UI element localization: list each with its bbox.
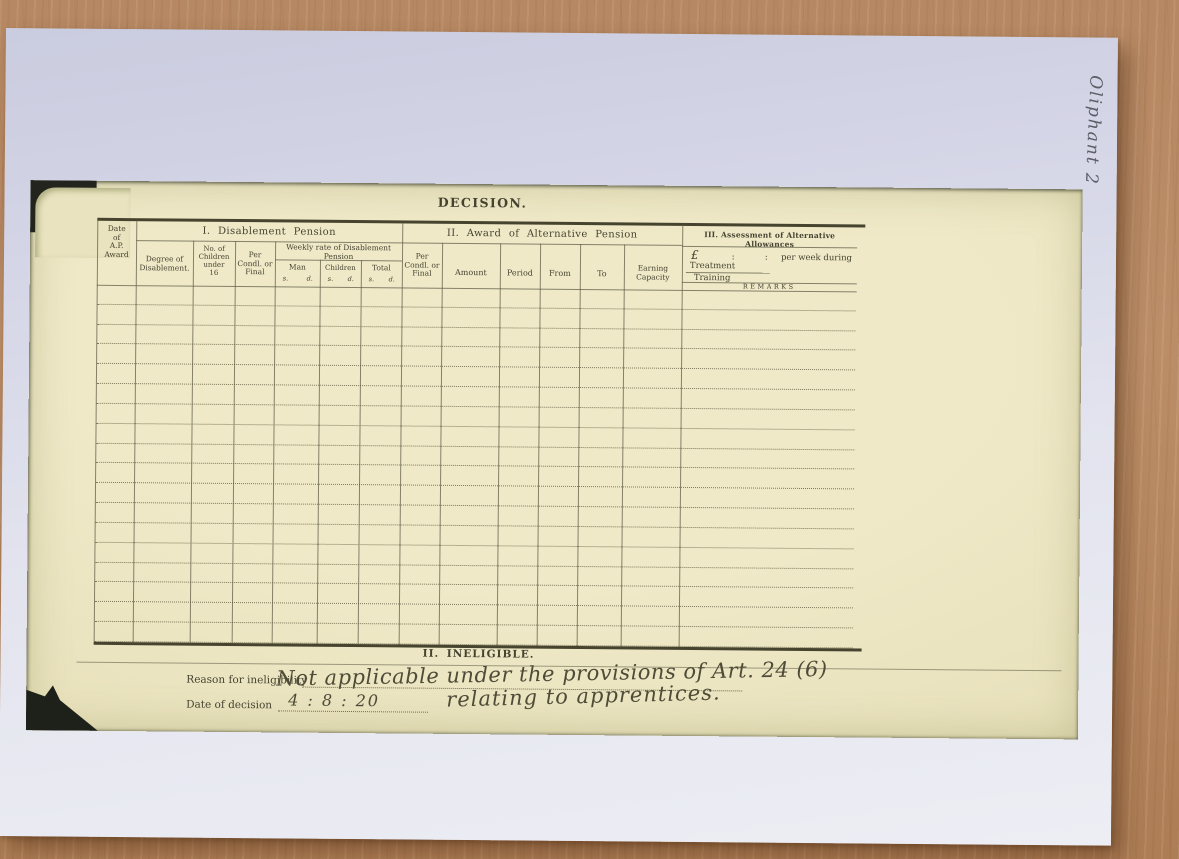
col-per-condl-or-final-2: Per Condl. or Final bbox=[402, 252, 442, 278]
white-paper: Oliphant 2 DECISION. bbox=[0, 28, 1118, 846]
units-children-sd: s. d. bbox=[321, 275, 361, 283]
col-earning-capacity: Earning Capacity bbox=[624, 264, 682, 282]
col-man: Man bbox=[275, 263, 320, 272]
date-handwritten: 4 : 8 : 20 bbox=[288, 690, 380, 710]
units-man-sd: s. d. bbox=[276, 274, 320, 282]
section-disablement-pension: I. Disablement Pension bbox=[136, 225, 402, 239]
date-of-decision-label: Date of decision bbox=[186, 699, 272, 712]
col-children-under-16: No. of Children under 16 bbox=[193, 245, 235, 278]
document-title: DECISION. bbox=[97, 193, 867, 214]
col-degree-of-disablement: Degree of Disablement. bbox=[136, 255, 193, 273]
col-to: To bbox=[580, 269, 624, 279]
s-unit: s. bbox=[328, 275, 333, 283]
col-per-condl-or-final-1: Per Condl. or Final bbox=[235, 251, 275, 277]
units-total-sd: s. d. bbox=[362, 275, 402, 283]
section-alternative-pension: II. Award of Alternative Pension bbox=[402, 227, 682, 241]
col-date-of-ap-award: Date of A.P. Award bbox=[97, 225, 136, 260]
per-week-during-label: per week during bbox=[781, 253, 852, 264]
col-amount: Amount bbox=[442, 268, 500, 278]
pension-record-document: DECISION. bbox=[26, 180, 1083, 739]
d-unit: d. bbox=[389, 275, 395, 283]
d-unit: d. bbox=[307, 275, 313, 283]
d-unit: d. bbox=[348, 275, 354, 283]
s-unit: s. bbox=[283, 274, 288, 282]
desk-surface: Oliphant 2 DECISION. bbox=[0, 0, 1179, 859]
col-total: Total bbox=[361, 264, 402, 273]
handwritten-annotation: Oliphant 2 bbox=[1081, 75, 1106, 187]
col-children-sub: Children bbox=[320, 264, 361, 272]
s-unit: s. bbox=[369, 275, 374, 283]
scan-corner-mark-bottom-left bbox=[26, 684, 98, 731]
table-body bbox=[94, 285, 857, 649]
col-period: Period bbox=[500, 268, 540, 278]
col-weekly-rate: Weekly rate of Disablement Pension bbox=[275, 243, 402, 261]
rate-colon: : bbox=[765, 253, 768, 263]
pound-sign: £ bbox=[691, 248, 699, 262]
col-from: From bbox=[540, 269, 580, 279]
section-alternative-allowances: III. Assessment of Alternative Allowance… bbox=[682, 231, 857, 250]
treatment-label: Treatment bbox=[690, 262, 780, 273]
